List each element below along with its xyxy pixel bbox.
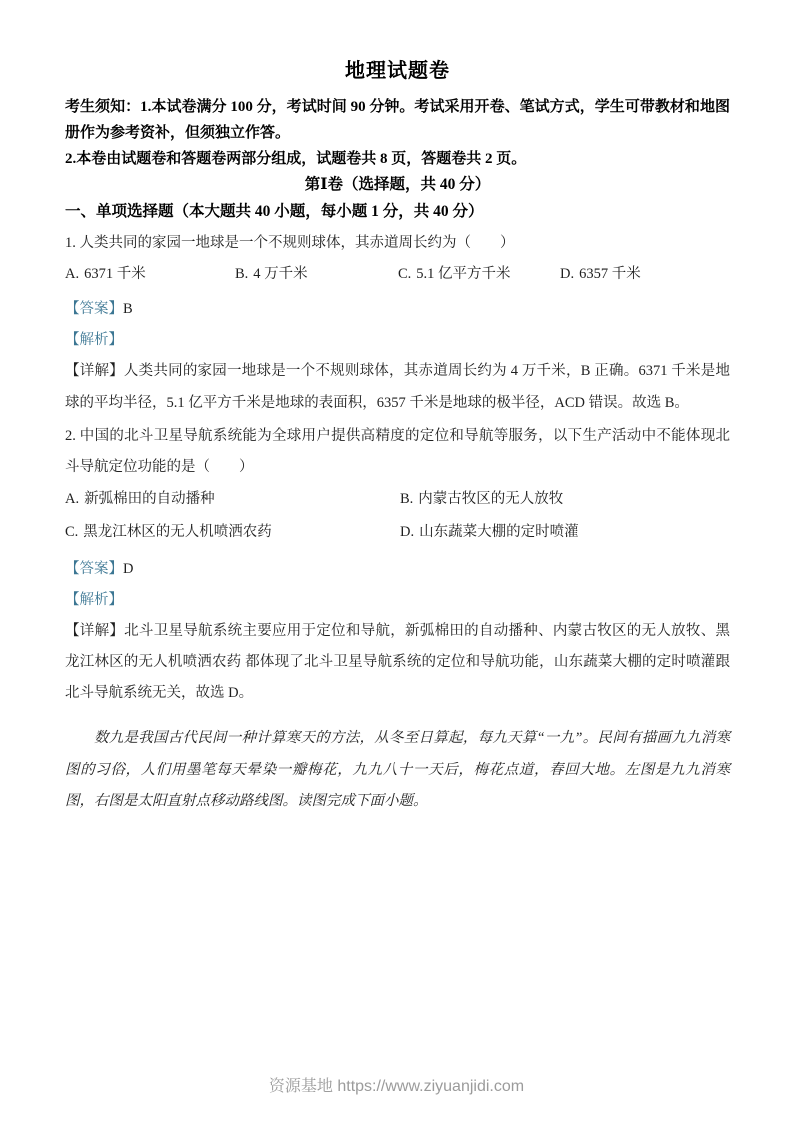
question-1-option-a: A.6371 千米 <box>65 259 235 290</box>
question-2-option-b: B.内蒙古牧区的无人放牧 <box>400 483 730 516</box>
section-header: 第Ⅰ卷（选择题，共 40 分） <box>65 172 730 199</box>
option-label: B. <box>235 266 248 282</box>
question-2-option-a: A.新弧棉田的自动播种 <box>65 483 400 516</box>
option-text: 5.1 亿平方千米 <box>416 266 510 282</box>
option-text: 6357 千米 <box>579 266 641 282</box>
candidate-notice-line2: 2.本卷由试题卷和答题卷两部分组成，试题卷共 8 页，答题卷共 2 页。 <box>65 147 730 173</box>
answer-value: B <box>123 301 133 317</box>
option-label: C. <box>65 524 78 540</box>
option-text: 新弧棉田的自动播种 <box>84 491 215 507</box>
question-1-option-c: C.5.1 亿平方千米 <box>398 259 560 290</box>
option-text: 黑龙江林区的无人机喷洒农药 <box>83 524 272 540</box>
page-title: 地理试题卷 <box>65 54 730 83</box>
question-1-option-d: D.6357 千米 <box>560 259 730 290</box>
question-2-detail: 【详解】北斗卫星导航系统主要应用于定位和导航，新弧棉田的自动播种、内蒙古牧区的无… <box>65 616 730 710</box>
question-1-detail: 【详解】人类共同的家园一地球是一个不规则球体，其赤道周长约为 4 万千米，B 正… <box>65 356 730 418</box>
question-2-options: A.新弧棉田的自动播种 B.内蒙古牧区的无人放牧 C.黑龙江林区的无人机喷洒农药… <box>65 483 730 550</box>
option-label: C. <box>398 266 411 282</box>
answer-tag: 【答案】 <box>65 561 123 577</box>
answer-tag: 【答案】 <box>65 301 123 317</box>
option-label: D. <box>400 524 414 540</box>
question-2-stem: 2. 中国的北斗卫星导航系统能为全球用户提供高精度的定位和导航等服务，以下生产活… <box>65 421 730 483</box>
question-2-answer-line: 【答案】D <box>65 554 730 585</box>
analysis-tag: 【解析】 <box>65 592 123 608</box>
option-label: A. <box>65 491 79 507</box>
option-label: B. <box>400 491 413 507</box>
question-1-options: A.6371 千米 B.4 万千米 C.5.1 亿平方千米 D.6357 千米 <box>65 259 730 290</box>
question-2-option-d: D.山东蔬菜大棚的定时喷灌 <box>400 516 730 549</box>
question-1-analysis-line: 【解析】 <box>65 325 730 356</box>
option-text: 6371 千米 <box>84 266 146 282</box>
question-1: 1. 人类共同的家园一地球是一个不规则球体，其赤道周长约为（ ） A.6371 … <box>65 228 730 419</box>
option-label: A. <box>65 266 79 282</box>
site-watermark: 资源基地 https://www.ziyuanjidi.com <box>0 1073 793 1096</box>
option-text: 山东蔬菜大棚的定时喷灌 <box>419 524 579 540</box>
reading-passage: 数九是我国古代民间一种计算寒天的方法，从冬至日算起，每九天算“一九”。民间有描画… <box>65 723 730 819</box>
question-1-answer-line: 【答案】B <box>65 294 730 325</box>
analysis-tag: 【解析】 <box>65 332 123 348</box>
option-text: 内蒙古牧区的无人放牧 <box>418 491 563 507</box>
option-text: 4 万千米 <box>253 266 307 282</box>
part-header: 一、单项选择题（本大题共 40 小题，每小题 1 分，共 40 分） <box>65 199 730 226</box>
question-1-stem: 1. 人类共同的家园一地球是一个不规则球体，其赤道周长约为（ ） <box>65 228 730 259</box>
exam-document: 地理试题卷 考生须知：1.本试卷满分 100 分，考试时间 90 分钟。考试采用… <box>0 0 793 818</box>
question-2-analysis-line: 【解析】 <box>65 585 730 616</box>
question-1-option-b: B.4 万千米 <box>235 259 398 290</box>
answer-value: D <box>123 561 133 577</box>
question-2: 2. 中国的北斗卫星导航系统能为全球用户提供高精度的定位和导航等服务，以下生产活… <box>65 421 730 710</box>
option-label: D. <box>560 266 574 282</box>
question-2-option-c: C.黑龙江林区的无人机喷洒农药 <box>65 516 400 549</box>
candidate-notice-line1: 考生须知：1.本试卷满分 100 分，考试时间 90 分钟。考试采用开卷、笔试方… <box>65 95 730 147</box>
